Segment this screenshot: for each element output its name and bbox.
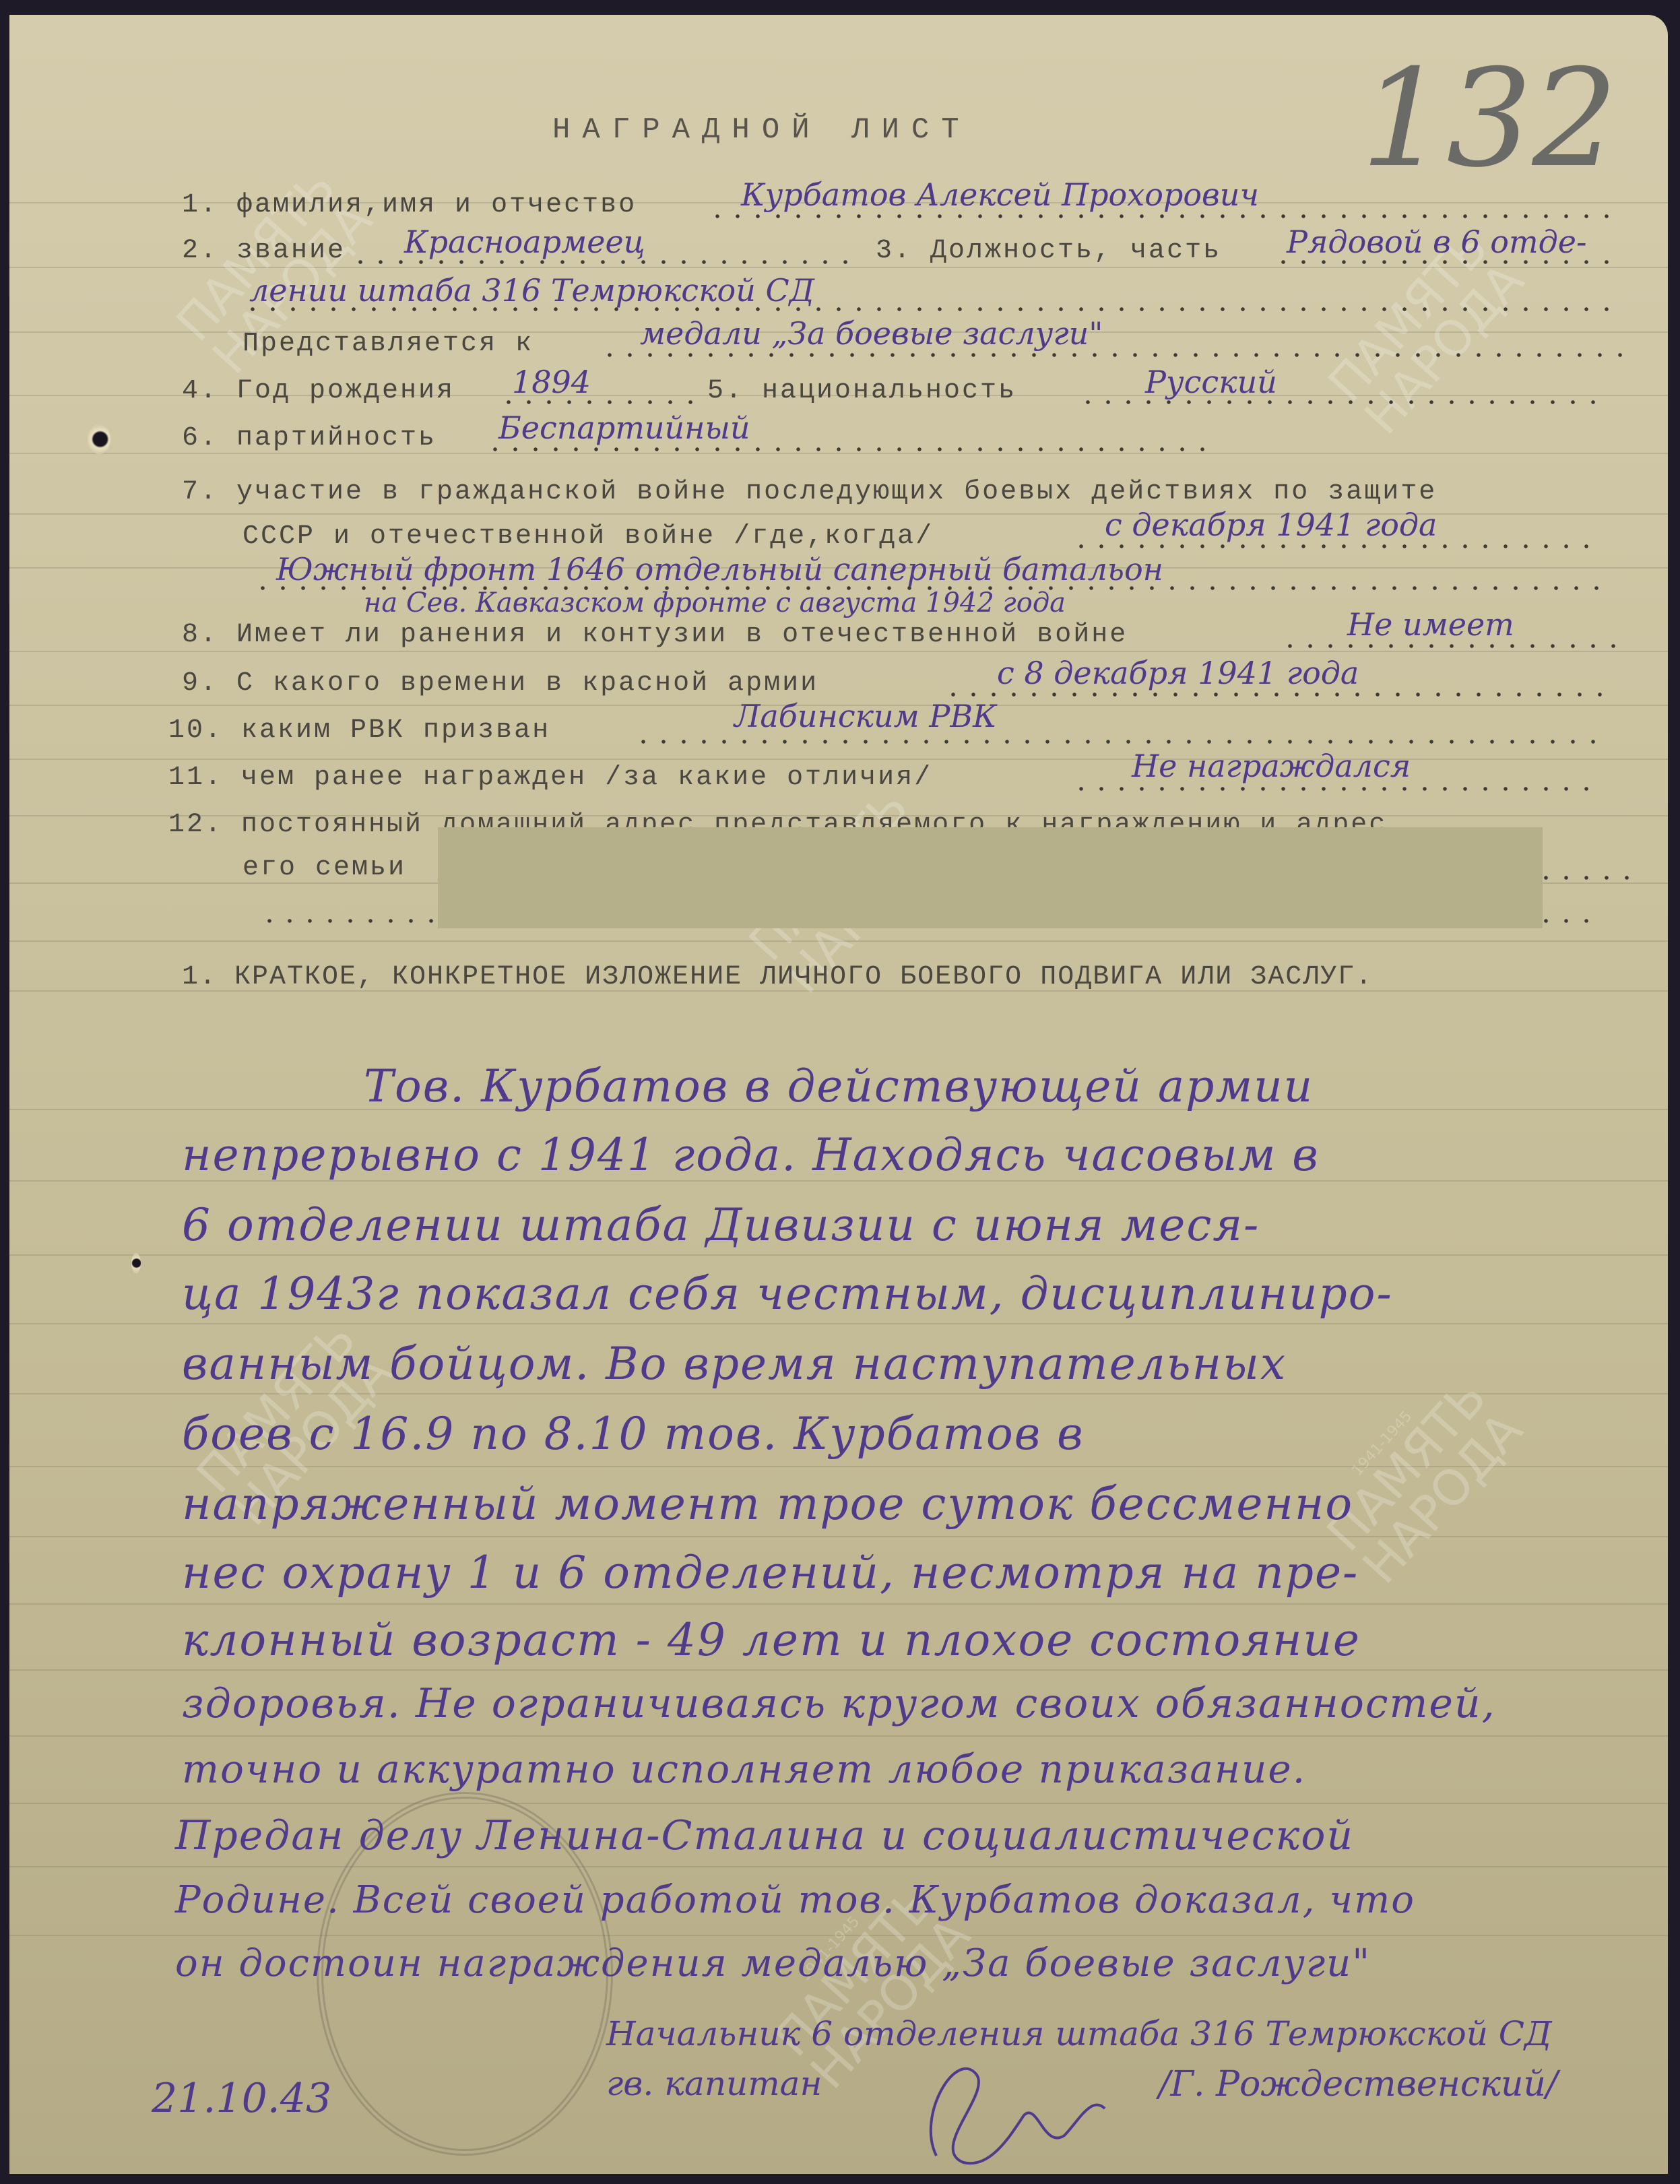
document-title: НАГРАДНОЙ ЛИСТ bbox=[552, 113, 971, 147]
field-9-value: с 8 декабря 1941 года bbox=[997, 655, 1359, 691]
fill-dots bbox=[1078, 400, 1603, 404]
narrative-line: боев с 16.9 по 8.10 тов. Курбатов в bbox=[182, 1408, 1085, 1460]
fill-dots bbox=[485, 447, 1213, 451]
signature-scrawl bbox=[876, 2034, 1172, 2183]
ruled-line bbox=[9, 1735, 1668, 1737]
field-7-value-line3: на Сев. Кавказском фронте с августа 1942… bbox=[364, 587, 1066, 618]
signatory-rank: гв. капитан bbox=[606, 2064, 822, 2103]
narrative-line: непрерывно с 1941 года. Находясь часовым… bbox=[182, 1129, 1320, 1181]
field-12-label-cont: его семьи bbox=[243, 853, 406, 883]
fill-dots bbox=[1536, 919, 1603, 923]
field-8-label: 8. Имеет ли ранения и контузии в отечест… bbox=[182, 620, 1128, 650]
field-3-label: 3. Должность, часть bbox=[876, 236, 1221, 266]
field-10-value: Лабинским РВК bbox=[734, 698, 997, 734]
field-1-value: Курбатов Алексей Прохорович bbox=[741, 176, 1259, 213]
field-7-label: 7. участие в гражданской войне последующ… bbox=[182, 477, 1437, 507]
ruled-line bbox=[9, 651, 1668, 652]
section-heading: 1. КРАТКОЕ, КОНКРЕТНОЕ ИЗЛОЖЕНИЕ ЛИЧНОГО… bbox=[182, 962, 1373, 992]
field-9-label: 9. С какого времени в красной армии bbox=[182, 668, 818, 699]
archive-page-number: 132 bbox=[1361, 40, 1618, 197]
narrative-line: ца 1943г показал себя честным, дисциплин… bbox=[182, 1268, 1393, 1320]
signatory-name: /Г. Рождественский/ bbox=[1159, 2064, 1558, 2105]
ruled-line bbox=[9, 1603, 1668, 1605]
field-6-value: Беспартийный bbox=[498, 410, 750, 446]
narrative-line: ванным бойцом. Во время наступательных bbox=[182, 1338, 1287, 1390]
field-7-label-cont: СССР и отечественной войне /где,когда/ bbox=[243, 521, 934, 552]
narrative-line: 6 отделении штаба Дивизии с июня меся- bbox=[182, 1199, 1260, 1251]
fill-dots bbox=[1536, 876, 1630, 880]
field-3-value-cont: лении штаба 316 Темрюкской СД bbox=[249, 272, 814, 309]
field-7-value-line2: Южный фронт 1646 отдельный саперный бата… bbox=[276, 551, 1163, 587]
narrative-line: здоровья. Не ограничиваясь кругом своих … bbox=[182, 1680, 1496, 1727]
field-2-label: 2. звание bbox=[182, 236, 346, 266]
field-5-value: Русский bbox=[1145, 364, 1277, 400]
field-8-value: Не имеет bbox=[1347, 606, 1514, 643]
ruled-line bbox=[9, 759, 1668, 760]
field-4-label: 4. Год рождения bbox=[182, 376, 455, 406]
ruled-line bbox=[9, 1323, 1668, 1324]
punch-hole bbox=[131, 1253, 141, 1273]
narrative-line: Тов. Курбатов в действующей армии bbox=[364, 1060, 1314, 1112]
narrative-line: Родине. Всей своей работой тов. Курбатов… bbox=[175, 1878, 1415, 1922]
fill-dots bbox=[943, 693, 1603, 697]
fill-dots bbox=[1071, 787, 1603, 791]
ruled-line bbox=[9, 1803, 1668, 1804]
narrative-line: клонный возраст - 49 лет и плохое состоя… bbox=[182, 1614, 1361, 1666]
field-4-value: 1894 bbox=[512, 364, 591, 400]
fill-dots bbox=[1273, 260, 1623, 264]
fill-dots bbox=[707, 214, 1623, 218]
fill-dots bbox=[1071, 544, 1596, 548]
field-11-label: 11. чем ранее награжден /за какие отличи… bbox=[168, 763, 932, 793]
narrative-line: он достоин награждения медалью „За боевы… bbox=[175, 1941, 1371, 1985]
field-7-value: с декабря 1941 года bbox=[1105, 507, 1437, 543]
ruled-line bbox=[9, 1669, 1668, 1671]
award-label: Представляется к bbox=[243, 329, 534, 359]
narrative-line: Предан делу Ленина-Сталина и социалистич… bbox=[175, 1812, 1354, 1859]
field-6-label: 6. партийность bbox=[182, 423, 437, 453]
field-3-value: Рядовой в 6 отде- bbox=[1287, 224, 1587, 260]
narrative-line: точно и аккуратно исполняет любое приказ… bbox=[182, 1746, 1306, 1792]
fill-dots bbox=[633, 740, 1603, 744]
field-11-value: Не награждался bbox=[1132, 748, 1411, 784]
narrative-line: нес охрану 1 и 6 отделений, несмотря на … bbox=[182, 1547, 1359, 1599]
fill-dots bbox=[600, 353, 1623, 357]
redacted-address bbox=[438, 827, 1543, 928]
fill-dots bbox=[259, 919, 434, 923]
fill-dots bbox=[1280, 644, 1623, 648]
narrative-line: напряженный момент трое суток бессменно bbox=[182, 1478, 1353, 1530]
field-10-label: 10. каким РВК призван bbox=[168, 715, 550, 746]
award-value: медали „За боевые заслуги" bbox=[640, 315, 1103, 352]
fill-dots bbox=[350, 260, 849, 264]
field-2-value: Красноармеец bbox=[404, 224, 645, 260]
field-5-label: 5. национальность bbox=[707, 376, 1016, 406]
fill-dots bbox=[498, 400, 701, 404]
ruled-line bbox=[9, 1254, 1668, 1256]
document-date: 21.10.43 bbox=[152, 2075, 331, 2122]
punch-hole bbox=[88, 424, 110, 454]
ruled-line bbox=[9, 1866, 1668, 1867]
field-1-label: 1. фамилия,имя и отчество bbox=[182, 190, 637, 220]
